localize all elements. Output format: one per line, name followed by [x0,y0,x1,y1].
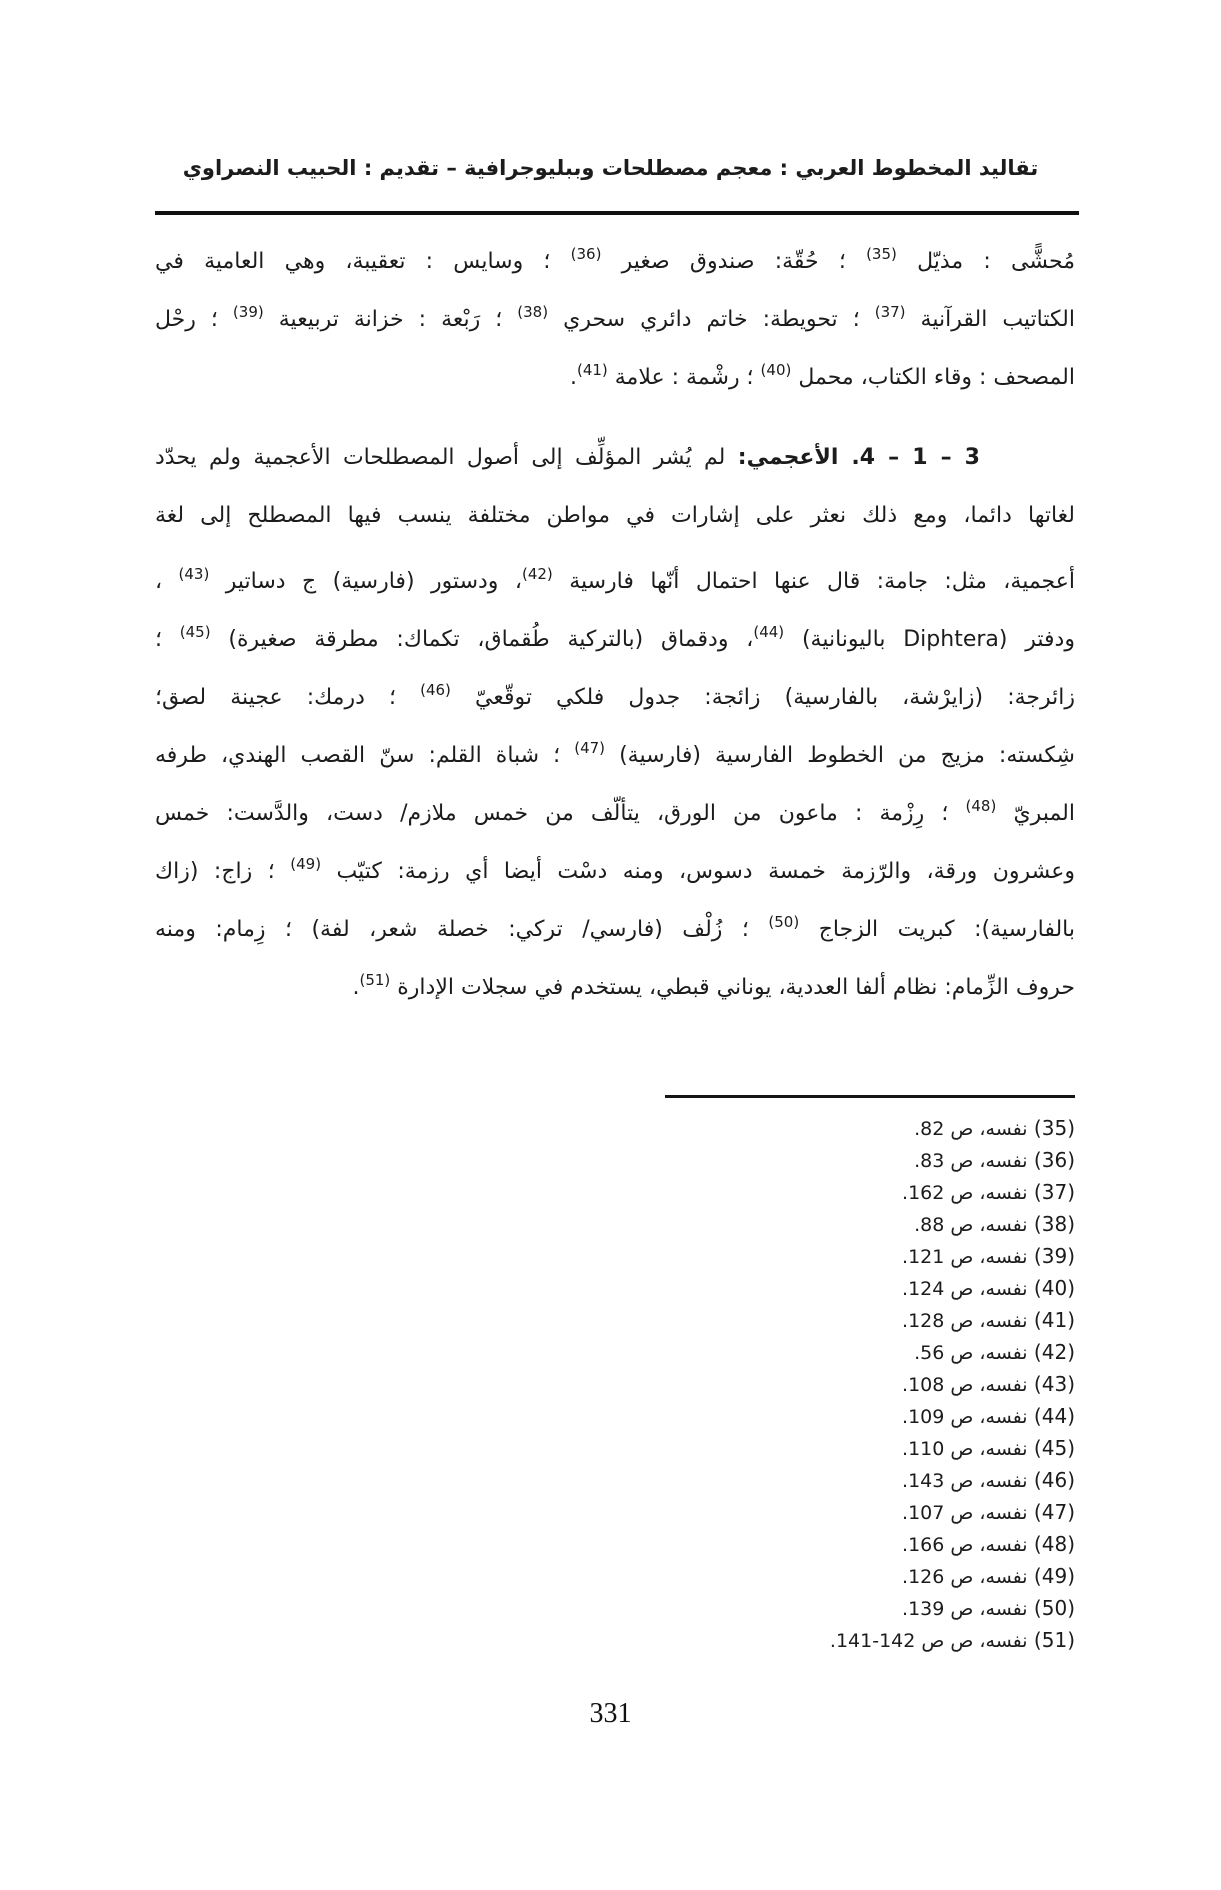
footnote-number: (49) [1028,1564,1075,1588]
footnote-number: (37) [1028,1180,1075,1204]
footnote-separator [665,1095,1075,1098]
header-rule [155,211,1079,215]
footnote-ref: (51) [359,971,390,989]
text-segment: زائرجة: (زايرْشة، بالفارسية) زائجة: جدول… [451,685,1075,710]
footnote-ref: (41) [577,361,608,379]
footnote-text: نفسه، ص 108. [902,1374,1028,1396]
text-segment: لم يُشر المؤلِّف إلى أصول المصطلحات الأع… [155,445,738,470]
footnote-number: (43) [1028,1372,1075,1396]
text-segment: ؛ حُقّة: صندوق صغير [601,249,866,274]
footnote-number: (41) [1028,1308,1075,1332]
footnote-number: (47) [1028,1500,1075,1524]
footnote-ref: (48) [966,797,997,815]
footnote-number: (45) [1028,1436,1075,1460]
text-segment: ، ودستور (فارسية) ج دساتير [209,569,522,594]
footnote-text: نفسه، ص ص 142-141. [830,1630,1028,1652]
footnote-text: نفسه، ص 107. [902,1502,1028,1524]
footnote-item: (48) نفسه، ص 166. [475,1528,1075,1560]
footnote-item: (39) نفسه، ص 121. [475,1240,1075,1272]
text-segment: أعجمية، مثل: جامة: قال عنها احتمال أنّها… [553,569,1075,594]
footnote-number: (38) [1028,1212,1075,1236]
footnote-ref: (37) [875,303,906,321]
page-number: 331 [0,1698,1221,1730]
text-line: لغاتها دائما، ومع ذلك نعثر على إشارات في… [155,487,1075,545]
footnote-ref: (35) [866,245,897,263]
text-line: شِكسته: مزيج من الخطوط الفارسية (فارسية)… [155,719,1075,777]
footnote-ref: (38) [517,303,548,321]
text-segment: ؛ زاج: (زاك [155,859,290,884]
text-line: ودفتر (Diphtera باليونانية) (44)، ودقماق… [155,603,1075,661]
text-segment: . [570,365,577,390]
footnote-ref: (44) [753,623,784,641]
footnote-number: (42) [1028,1340,1075,1364]
text-segment: ، ودقماق (بالتركية طُقماق، تكماك: مطرقة … [211,627,754,652]
footnote-ref: (47) [574,739,605,757]
text-line: زائرجة: (زايرْشة، بالفارسية) زائجة: جدول… [155,661,1075,719]
footnote-item: (40) نفسه، ص 124. [475,1272,1075,1304]
footnote-item: (46) نفسه، ص 143. [475,1464,1075,1496]
text-segment: شِكسته: مزيج من الخطوط الفارسية (فارسية) [605,743,1075,768]
footnote-number: (44) [1028,1404,1075,1428]
footnote-item: (38) نفسه، ص 88. [475,1208,1075,1240]
text-segment: ودفتر (Diphtera باليونانية) [784,627,1075,652]
footnote-text: نفسه، ص 88. [914,1214,1027,1236]
footnote-ref: (46) [420,681,451,699]
text-segment: وعشرون ورقة، والرّزمة خمسة دسوس، ومنه دس… [321,859,1075,884]
footnote-number: (48) [1028,1532,1075,1556]
footnote-text: نفسه، ص 121. [902,1246,1028,1268]
footnote-ref: (49) [290,855,321,873]
text-segment: ؛ زُلْف (فارسي/ تركي: خصلة شعر، لفة) ؛ ز… [155,917,768,942]
footnote-item: (36) نفسه، ص 83. [475,1144,1075,1176]
text-line: وعشرون ورقة، والرّزمة خمسة دسوس، ومنه دس… [155,835,1075,893]
footnote-item: (37) نفسه، ص 162. [475,1176,1075,1208]
footnote-number: (46) [1028,1468,1075,1492]
footnote-text: نفسه، ص 110. [902,1438,1028,1460]
footnote-text: نفسه، ص 124. [902,1278,1028,1300]
footnote-item: (35) نفسه، ص 82. [475,1112,1075,1144]
footnote-ref: (39) [233,303,264,321]
footnote-item: (49) نفسه، ص 126. [475,1560,1075,1592]
footnote-number: (39) [1028,1244,1075,1268]
footnote-ref: (36) [571,245,602,263]
text-segment: ؛ رَبْعة : خزانة تربيعية [264,307,518,332]
footnote-text: نفسه، ص 83. [914,1150,1027,1172]
document-page: تقاليد المخطوط العربي : معجم مصطلحات وبب… [0,0,1221,1890]
text-line: مُحشًّى : مذيّل (35) ؛ حُقّة: صندوق صغير… [155,225,1075,283]
paragraph: 3 – 1 – 4. الأعجمي: لم يُشر المؤلِّف إلى… [155,429,1075,1009]
footnote-text: نفسه، ص 139. [902,1598,1028,1620]
text-line: حروف الزِّمام: نظام ألفا العددية، يوناني… [155,951,1075,1009]
footnote-ref: (43) [179,565,210,583]
text-line: المصحف : وقاء الكتاب، محمل (40) ؛ رشْمة … [155,341,1075,399]
text-segment: مُحشًّى : مذيّل [897,249,1075,274]
text-segment: ؛ شباة القلم: سنّ القصب الهندي، طرفه [155,743,574,768]
footnote-text: نفسه، ص 109. [902,1406,1028,1428]
footnote-number: (35) [1028,1116,1075,1140]
footnote-text: نفسه، ص 143. [902,1470,1028,1492]
footnote-text: نفسه، ص 56. [914,1342,1027,1364]
text-line: 3 – 1 – 4. الأعجمي: لم يُشر المؤلِّف إلى… [155,429,1075,487]
footnote-ref: (40) [761,361,792,379]
footnote-ref: (45) [180,623,211,641]
footnote-item: (42) نفسه، ص 56. [475,1336,1075,1368]
text-line: بالفارسية): كبريت الزجاج (50) ؛ زُلْف (ف… [155,893,1075,951]
footnote-text: نفسه، ص 166. [902,1534,1028,1556]
text-segment: ؛ تحويطة: خاتم دائري سحري [548,307,875,332]
text-segment: ، [155,569,179,594]
footnote-item: (47) نفسه، ص 107. [475,1496,1075,1528]
footnote-number: (51) [1028,1628,1075,1652]
text-segment: ؛ وسايس : تعقيبة، وهي العامية في [155,249,571,274]
text-line: المبريّ (48) ؛ رِزْمة : ماعون من الورق، … [155,777,1075,835]
text-segment: المبريّ [996,801,1075,826]
body-text: مُحشًّى : مذيّل (35) ؛ حُقّة: صندوق صغير… [155,225,1075,1009]
footnote-number: (50) [1028,1596,1075,1620]
footnote-text: نفسه، ص 82. [914,1118,1027,1140]
text-segment: 3 – 1 – 4. الأعجمي: [738,445,980,470]
running-head-title: تقاليد المخطوط العربي : معجم مصطلحات وبب… [0,156,1221,180]
footnote-text: نفسه، ص 128. [902,1310,1028,1332]
footnote-number: (40) [1028,1276,1075,1300]
footnote-text: نفسه، ص 126. [902,1566,1028,1588]
text-segment: حروف الزِّمام: نظام ألفا العددية، يوناني… [390,975,1075,1000]
footnote-item: (43) نفسه، ص 108. [475,1368,1075,1400]
text-segment: لغاتها دائما، ومع ذلك نعثر على إشارات في… [155,503,1075,528]
text-segment: ؛ رحْل [155,307,233,332]
text-segment: بالفارسية): كبريت الزجاج [799,917,1075,942]
text-segment: ؛ درمك: عجينة لصق؛ [155,685,420,710]
footnote-text: نفسه، ص 162. [902,1182,1028,1204]
footnote-ref: (42) [522,565,553,583]
text-segment: ؛ [155,627,180,652]
text-segment: المصحف : وقاء الكتاب، محمل [791,365,1075,390]
text-segment: الكتاتيب القرآنية [906,307,1075,332]
text-segment: ؛ رشْمة : علامة [608,365,761,390]
footnotes: (35) نفسه، ص 82.(36) نفسه، ص 83.(37) نفس… [475,1112,1075,1656]
text-line: الكتاتيب القرآنية (37) ؛ تحويطة: خاتم دا… [155,283,1075,341]
footnote-ref: (50) [768,913,799,931]
footnote-item: (50) نفسه، ص 139. [475,1592,1075,1624]
paragraph: مُحشًّى : مذيّل (35) ؛ حُقّة: صندوق صغير… [155,225,1075,399]
footnote-item: (41) نفسه، ص 128. [475,1304,1075,1336]
text-line: أعجمية، مثل: جامة: قال عنها احتمال أنّها… [155,545,1075,603]
footnote-item: (45) نفسه، ص 110. [475,1432,1075,1464]
footnote-number: (36) [1028,1148,1075,1172]
footnote-item: (44) نفسه، ص 109. [475,1400,1075,1432]
footnote-item: (51) نفسه، ص ص 142-141. [475,1624,1075,1656]
text-segment: ؛ رِزْمة : ماعون من الورق، يتألّف من خمس… [155,801,966,826]
